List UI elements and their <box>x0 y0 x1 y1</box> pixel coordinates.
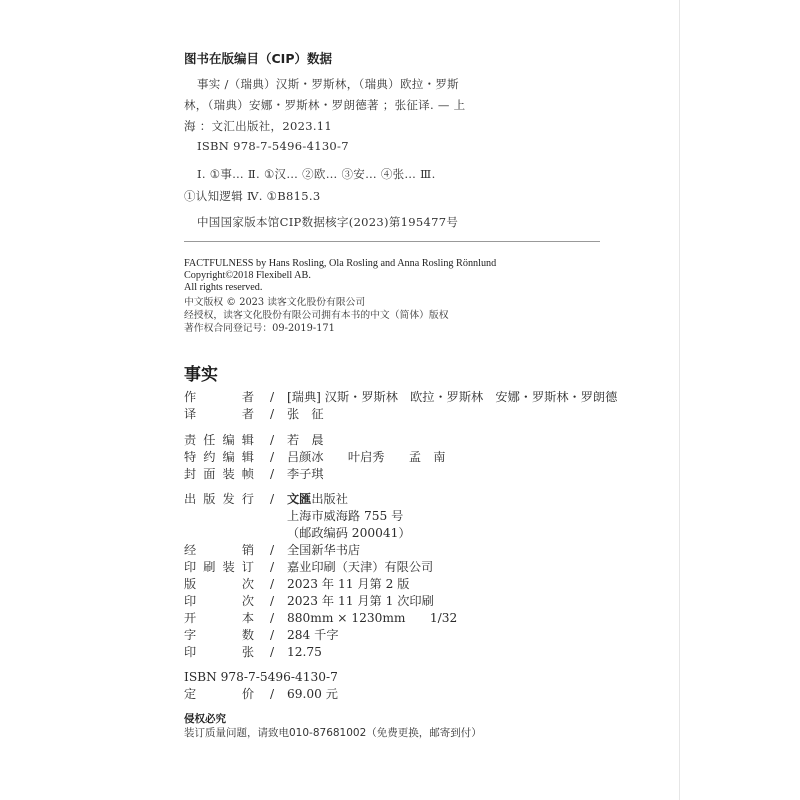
chinese-copyright-line: 中文版权 © 2023 读客文化股份有限公司 <box>184 297 365 309</box>
credit-value: 全国新华书店 <box>287 542 360 558</box>
credit-label: 经销 <box>184 542 254 558</box>
credit-value: 吕颜冰 叶启秀 孟 南 <box>287 449 445 465</box>
credit-label: 作者 <box>184 389 254 405</box>
piracy-notice-title: 侵权必究 <box>184 711 226 726</box>
page-edge-line <box>679 0 680 800</box>
cip-title: 图书在版编目（CIP）数据 <box>184 49 332 67</box>
credit-label: 印次 <box>184 593 254 609</box>
credit-label: 印刷装订 <box>184 559 254 575</box>
credit-label: 开本 <box>184 610 254 626</box>
quality-notice: 装订质量问题，请致电010-87681002（免费更换，邮寄到付） <box>184 725 482 740</box>
cip-approval-number: 中国国家版本馆CIP数据核字(2023)第195477号 <box>197 214 458 230</box>
credit-label: 字数 <box>184 627 254 643</box>
credit-value: 880mm × 1230mm 1/32 <box>287 610 457 626</box>
contract-number-line: 著作权合同登记号：09-2019-171 <box>184 323 335 335</box>
credit-value: 12.75 <box>287 644 322 660</box>
book-title: 事实 <box>184 360 218 385</box>
original-title-line: FACTFULNESS by Hans Rosling, Ola Rosling… <box>184 258 496 270</box>
credit-value: 李子琪 <box>287 466 324 482</box>
cip-line-1: 事实 /（瑞典）汉斯・罗斯林，（瑞典）欧拉・罗斯 <box>197 76 459 92</box>
authorization-line: 经授权，读客文化股份有限公司拥有本书的中文（简体）版权 <box>184 310 449 322</box>
credit-label: 版次 <box>184 576 254 592</box>
credit-label: 责任编辑 <box>184 432 254 448</box>
rights-line: All rights reserved. <box>184 282 262 294</box>
credit-label: 印张 <box>184 644 254 660</box>
credit-value: 嘉业印刷（天津）有限公司 <box>287 559 433 575</box>
cip-classification-1: Ⅰ. ①事… Ⅱ. ①汉… ②欧… ③安… ④张… Ⅲ. <box>197 166 436 182</box>
credit-value: [瑞典] 汉斯・罗斯林 欧拉・罗斯林 安娜・罗斯林・罗朗德 <box>287 389 617 405</box>
section-divider <box>184 241 600 242</box>
credit-label: 定价 <box>184 686 254 702</box>
credit-label: 出版发行 <box>184 491 254 507</box>
cip-line-3: 海 ：文汇出版社，2023.11 <box>184 118 332 134</box>
credit-label: 封面装帧 <box>184 466 254 482</box>
cip-classification-2: ①认知逻辑 Ⅳ. ①B815.3 <box>184 188 320 204</box>
credit-value: 张 征 <box>287 406 324 422</box>
cip-isbn: ISBN 978-7-5496-4130-7 <box>197 139 349 153</box>
credit-label: 译者 <box>184 406 254 422</box>
isbn: ISBN 978-7-5496-4130-7 <box>184 669 338 685</box>
credit-value: 2023 年 11 月第 1 次印刷 <box>287 593 434 609</box>
credit-value: 若 晨 <box>287 432 324 448</box>
publisher-brand-logo: 文匯 <box>287 492 311 506</box>
copyright-line: Copyright©2018 Flexibell AB. <box>184 270 311 282</box>
credit-value: 284 千字 <box>287 627 339 643</box>
credit-value: 2023 年 11 月第 2 版 <box>287 576 409 592</box>
credit-value: 文匯出版社 <box>287 491 348 507</box>
cip-line-2: 林，（瑞典）安娜・罗斯林・罗朗德著 ；张征译. — 上 <box>184 97 465 113</box>
credit-label: 特约编辑 <box>184 449 254 465</box>
price-value: 69.00 元 <box>287 686 338 702</box>
